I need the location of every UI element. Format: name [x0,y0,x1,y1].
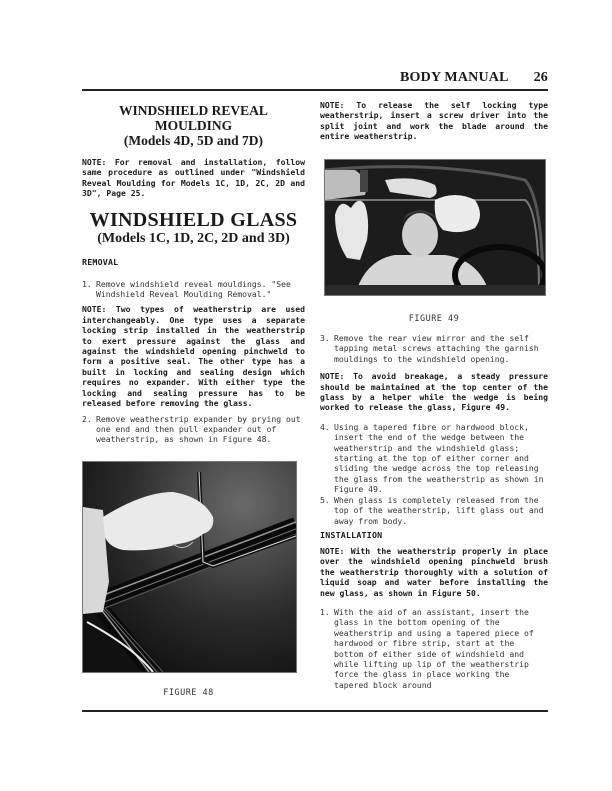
step-text: With the aid of an assistant, insert the… [334,607,548,690]
figure-48-caption: FIGURE 48 [82,688,295,698]
soap-note: NOTE: With the weatherstrip properly in … [320,546,548,598]
header-rule [82,89,548,91]
step-text: Remove windshield reveal mouldings. "See… [96,279,305,300]
installation-label: INSTALLATION [320,530,548,540]
step-text: Remove weatherstrip expander by prying o… [96,414,305,445]
breakage-note: NOTE: To avoid breakage, a steady pressu… [320,371,548,413]
removal-label: REMOVAL [82,257,305,267]
step-number: 1. [82,279,96,300]
installation-steps: 1. With the aid of an assistant, insert … [320,607,548,690]
figure-49-caption: FIGURE 49 [324,314,544,324]
step-text: Remove the rear view mirror and the self… [334,333,548,364]
step-text: Using a tapered fibre or hardwood block,… [334,422,548,495]
weatherstrip-note: NOTE: Two types of weatherstrip are used… [82,304,305,408]
step-item: 4. Using a tapered fibre or hardwood blo… [320,422,548,495]
reveal-heading-line1: WINDSHIELD REVEAL [82,103,305,118]
step-number: 2. [82,414,96,445]
removal-steps-d: 4. Using a tapered fibre or hardwood blo… [320,422,548,526]
step-number: 3. [320,333,334,364]
step-item: 2. Remove weatherstrip expander by pryin… [82,414,305,445]
step-number: 1. [320,607,334,690]
right-column-lower: 3. Remove the rear view mirror and the s… [320,333,548,690]
reveal-note: NOTE: For removal and installation, foll… [82,157,305,199]
step-item: 5. When glass is completely released fro… [320,495,548,526]
glass-heading: WINDSHIELD GLASS [82,209,305,231]
step-number: 5. [320,495,334,526]
left-column: WINDSHIELD REVEAL MOULDING (Models 4D, 5… [82,100,305,445]
hand-prying-expander-photo [83,462,296,672]
manual-title: BODY MANUAL [400,70,509,86]
page-header: BODY MANUAL 26 [400,70,548,86]
man-pushing-windshield-glass-photo [325,160,545,295]
step-item: 3. Remove the rear view mirror and the s… [320,333,548,364]
removal-steps-c: 3. Remove the rear view mirror and the s… [320,333,548,364]
step-item: 1. With the aid of an assistant, insert … [320,607,548,690]
right-column: NOTE: To release the self locking type w… [320,100,548,142]
step-text: When glass is completely released from t… [334,495,548,526]
step-number: 4. [320,422,334,495]
manual-page: BODY MANUAL 26 WINDSHIELD REVEAL MOULDIN… [0,0,612,791]
footer-rule [82,710,548,712]
step-item: 1. Remove windshield reveal mouldings. "… [82,279,305,300]
removal-steps-b: 2. Remove weatherstrip expander by pryin… [82,414,305,445]
glass-subheading: (Models 1C, 1D, 2C, 2D and 3D) [82,231,305,247]
release-note: NOTE: To release the self locking type w… [320,100,548,142]
figure-48-photo [82,461,297,673]
reveal-heading-line2: MOULDING [82,118,305,133]
page-number: 26 [534,70,548,86]
removal-steps-a: 1. Remove windshield reveal mouldings. "… [82,279,305,300]
reveal-heading-line3: (Models 4D, 5D and 7D) [82,133,305,148]
figure-49-photo [324,159,546,296]
